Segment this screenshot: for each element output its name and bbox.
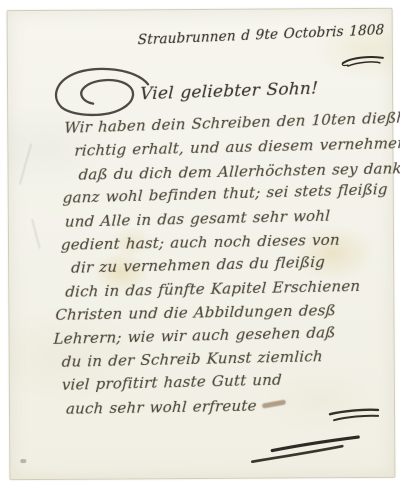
photo-background: Straubrunnen d 9te Octobris 1808 Viel ge… — [0, 0, 400, 489]
letter-paper: Straubrunnen d 9te Octobris 1808 Viel ge… — [7, 8, 396, 480]
salutation: Viel geliebter Sohn! — [140, 79, 319, 105]
salutation-flourish-icon — [52, 64, 152, 119]
line-end-flourish-icon — [328, 407, 384, 425]
dateline: Straubrunnen d 9te Octobris 1808 — [138, 22, 385, 48]
letter-body: Wir haben dein Schreiben den 10ten dießh… — [8, 115, 394, 421]
date-underline-flourish-icon — [340, 53, 386, 67]
paper-speck — [20, 459, 26, 463]
bottom-flourish-icon — [248, 433, 364, 466]
